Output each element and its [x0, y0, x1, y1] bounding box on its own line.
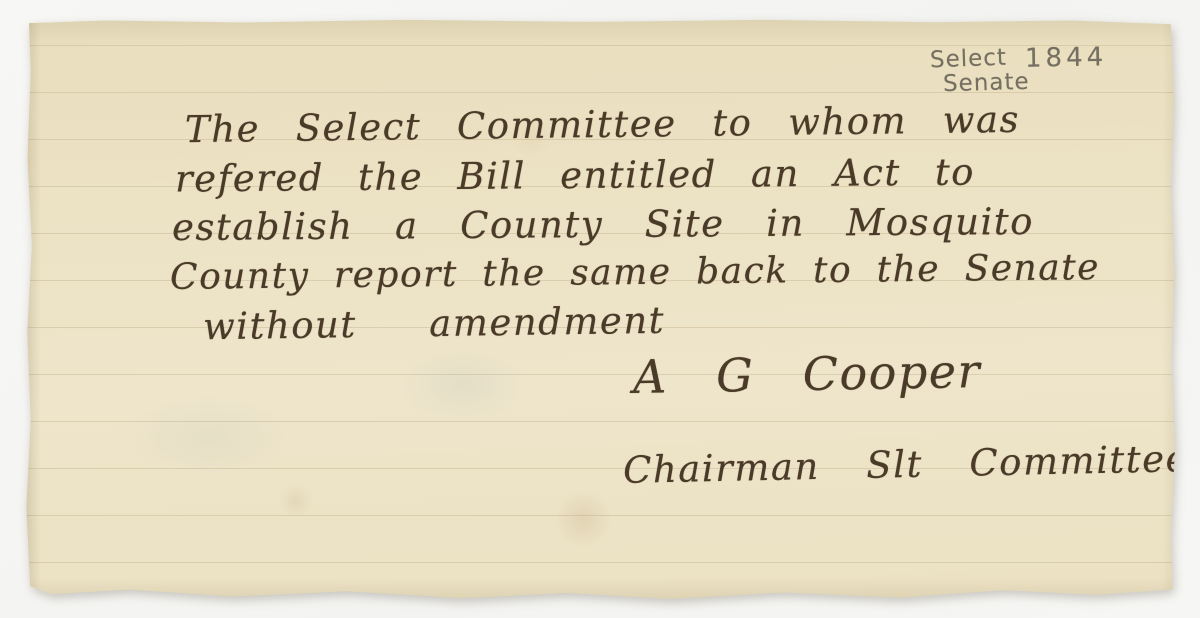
archival-note-year: 1844 [1025, 42, 1108, 73]
manuscript-page: Select 1844 Senate The Select Committee … [25, 19, 1176, 600]
scanner-background: Select 1844 Senate The Select Committee … [0, 0, 1200, 618]
manuscript-line-1: The Select Committee to whom was [185, 98, 1020, 151]
signature: A G Cooper [633, 344, 982, 404]
manuscript-line-2: refered the Bill entitled an Act to [175, 151, 975, 201]
manuscript-line-5: without amendment [203, 299, 666, 348]
manuscript-line-4: County report the same back to the Senat… [170, 247, 1100, 298]
archival-note-senate: Senate [943, 69, 1030, 97]
signature-title: Chairman Slt Committee [623, 437, 1190, 492]
paper-sheet: Select 1844 Senate The Select Committee … [25, 19, 1176, 600]
manuscript-line-3: establish a County Site in Mosquito [172, 200, 1034, 249]
